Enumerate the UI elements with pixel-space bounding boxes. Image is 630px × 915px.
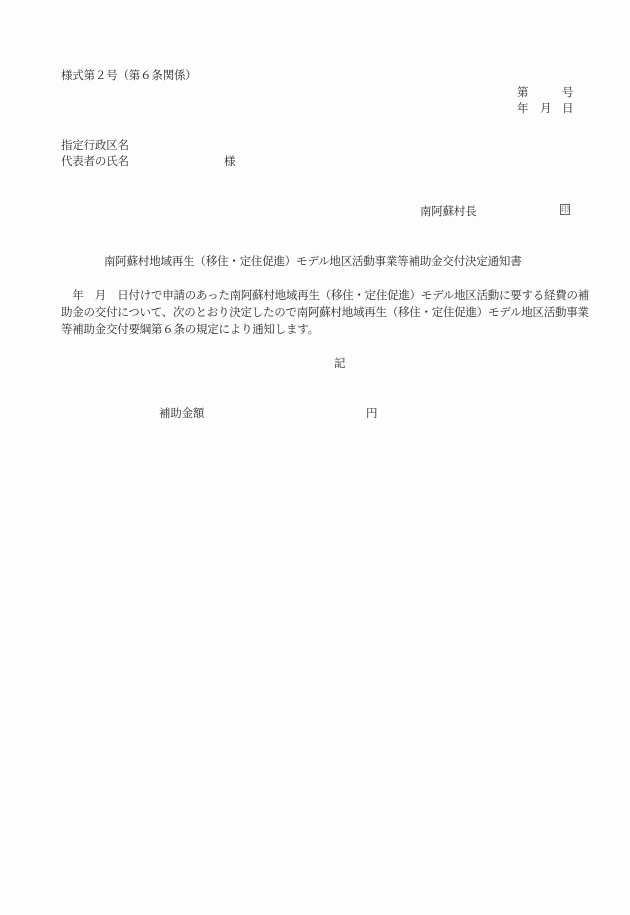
honorific: 様 [224,154,235,168]
body-paragraph: 年 月 日付けで申請のあった南阿蘇村地域再生（移住・定住促進）モデル地区活動に要… [61,287,581,338]
seal-icon: 印 [560,204,570,215]
document-title: 南阿蘇村地域再生（移住・定住促進）モデル地区活動事業等補助金交付決定通知書 [104,254,522,268]
body-line: 助金の交付について、次のとおり決定したので南阿蘇村地域再生（移住・定住促進）モデ… [61,304,581,321]
date-month: 月 [540,101,551,115]
note-heading: 記 [334,356,345,370]
form-label: 様式第２号（第６条関係） [61,68,197,82]
amount-label: 補助金額 [159,406,204,420]
body-line: 年 月 日付けで申請のあった南阿蘇村地域再生（移住・定住促進）モデル地区活動に要… [61,287,581,304]
doc-number-prefix: 第 [517,85,528,99]
body-line: 等補助金交付要綱第６条の規定により通知します。 [61,321,581,338]
date-day: 日 [562,101,573,115]
representative-label: 代表者の氏名 [61,154,129,168]
doc-number-suffix: 号 [562,85,573,99]
date-year: 年 [517,101,528,115]
district-label: 指定行政区名 [61,138,129,152]
issuer-title: 南阿蘇村長 [420,204,477,218]
amount-unit: 円 [366,406,377,420]
